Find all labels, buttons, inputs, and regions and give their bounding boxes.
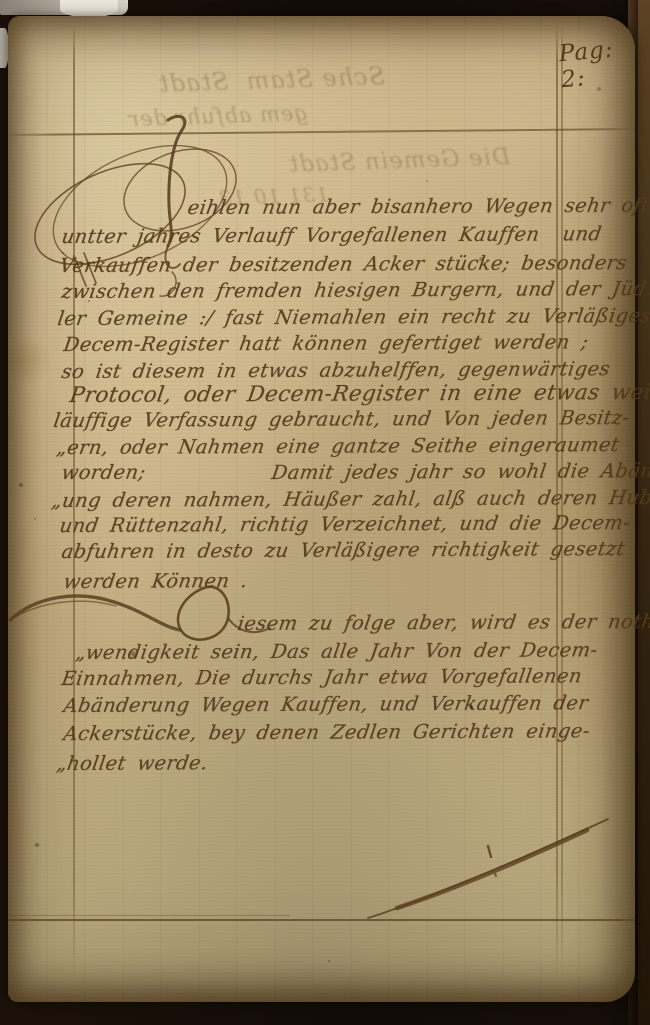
manuscript-line: worden; bbox=[60, 461, 147, 484]
paper-specks bbox=[8, 16, 10, 18]
bleedthrough-text: gem abfuhr der bbox=[128, 101, 309, 131]
manuscript-line: „hollet werde. bbox=[55, 751, 209, 775]
page-number-label: Pag: 2: bbox=[558, 35, 637, 93]
manuscript-page: Sche Stam Stadt gem abfuhr der Die Gemei… bbox=[8, 16, 635, 1002]
manuscript-line: und Rüttenzahl, richtig Verzeichnet, und… bbox=[58, 511, 632, 537]
manuscript-line: werden Können . bbox=[62, 569, 249, 593]
manuscript-line: „wendigkeit sein, Das alle Jahr Von der … bbox=[74, 638, 599, 664]
manuscript-line: so ist diesem in etwas abzuhelffen, gege… bbox=[60, 357, 612, 383]
manuscript-line: Protocol, oder Decem-Register in eine et… bbox=[68, 380, 650, 408]
manuscript-line: zwischen den fremden hiesigen Burgern, u… bbox=[60, 277, 650, 303]
page-corner-highlight bbox=[60, 0, 118, 17]
manuscript-line: ler Gemeine :/ fast Niemahlen ein recht … bbox=[56, 304, 650, 330]
manuscript-line: untter jahres Verlauff Vorgefallenen Kau… bbox=[60, 222, 603, 248]
bleedthrough-text: Sche Stam Stadt bbox=[158, 62, 386, 98]
manuscript-line: läuffige Verfassung gebraucht, und Von j… bbox=[52, 406, 631, 432]
manuscript-photo: Sche Stam Stadt gem abfuhr der Die Gemei… bbox=[0, 0, 650, 1025]
manuscript-line: iesem zu folge aber, wird es der noth- bbox=[236, 610, 650, 635]
bottom-pen-flourish bbox=[355, 806, 625, 931]
manuscript-line: abfuhren in desto zu Verläßigere richtig… bbox=[60, 537, 627, 563]
ink-blotch bbox=[128, 650, 139, 658]
manuscript-line: Einnahmen, Die durchs Jahr etwa Vorgefal… bbox=[60, 664, 584, 690]
manuscript-line: Damit jedes jahr so wohl die Abänder- bbox=[270, 459, 650, 484]
bottom-margin-rule bbox=[8, 919, 635, 921]
manuscript-line: Decem-Register hatt können gefertiget we… bbox=[62, 330, 590, 356]
manuscript-line: Ackerstücke, bey denen Zedlen Gerichten … bbox=[62, 719, 592, 745]
manuscript-line: „ung deren nahmen, Häußer zahl, alß auch… bbox=[50, 486, 650, 512]
bottom-margin-rule-echo bbox=[8, 915, 290, 916]
manuscript-line: eihlen nun aber bisanhero Wegen sehr oft bbox=[186, 194, 650, 219]
manuscript-line: „ern, oder Nahmen eine gantze Seithe ein… bbox=[55, 433, 621, 459]
top-margin-rule bbox=[8, 128, 635, 136]
bleedthrough-text: Die Gemein Stadt bbox=[288, 144, 511, 178]
manuscript-line: Abänderung Wegen Kauffen, und Verkauffen… bbox=[62, 691, 590, 717]
manuscript-line: Verkauffen der besitzenden Acker stücke;… bbox=[58, 251, 629, 277]
